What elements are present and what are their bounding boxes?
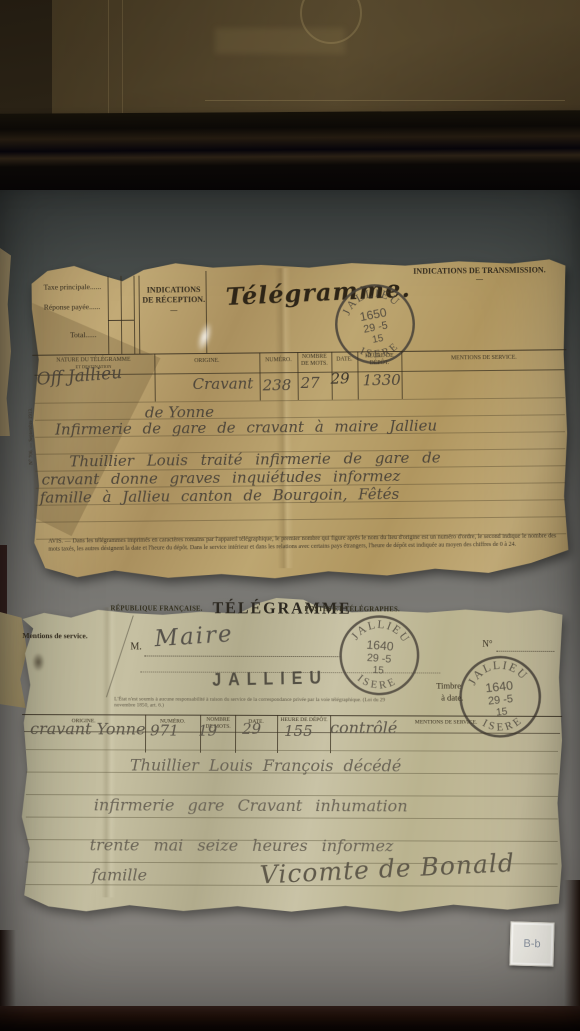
republique-francaise-label: RÉPUBLIQUE FRANÇAISE.	[110, 605, 202, 612]
message-line: Thuillier Louis François décédé	[130, 755, 401, 775]
timbre-label-line1: Timbre	[436, 681, 461, 691]
postmark-jallieu-stamp: JALLIEUISERE164029 -515	[333, 609, 425, 701]
timbre-label-line2: à date.	[441, 693, 463, 703]
svg-text:29 -5: 29 -5	[487, 693, 513, 707]
svg-text:1640: 1640	[366, 638, 394, 654]
row-origine-value: cravant Yonne	[30, 719, 146, 738]
picture-frame-bottom	[0, 1006, 580, 1031]
ghost-rule-line	[108, 0, 109, 118]
indications-reception-heading: INDICATIONS DE RÉCEPTION. —	[140, 285, 208, 316]
mentions-service-label: Mentions de service.	[22, 631, 87, 640]
form-edition-note: N° 706. — Septembre 1913.	[29, 408, 35, 465]
telegram-delivery-form: RÉPUBLIQUE FRANÇAISE. TÉLÉGRAMME POSTES …	[21, 597, 562, 913]
svg-text:29 -5: 29 -5	[366, 652, 391, 666]
legal-notice: L'État n'est soumis à aucune responsabil…	[114, 696, 388, 709]
row-date-value: 29	[330, 369, 349, 387]
table-column-border	[235, 715, 236, 753]
jallieu-linear-stamp: JALLIEU	[212, 668, 328, 691]
addressee-handwritten: Maire	[154, 621, 235, 652]
col-header-origine: ORIGINE.	[156, 357, 257, 365]
col-header-mots: NOMBRE DE MOTS.	[299, 354, 329, 367]
tax-principal-label: Taxe principale......	[44, 282, 102, 292]
row-heure-value: 155	[284, 722, 313, 740]
telegram-reception-form: Taxe principale...... Réponse payée.....…	[31, 259, 568, 581]
row-heure-value: 1330	[362, 371, 400, 389]
message-line: trente mai seize heures informez	[90, 835, 394, 855]
row-mots-value: 27	[301, 374, 320, 392]
message-line: infirmerie gare Cravant inhumation	[94, 795, 408, 815]
numero-label: N°	[482, 639, 492, 649]
heading-dash: —	[140, 305, 208, 316]
col-header-numero: NUMÉRO.	[261, 357, 295, 364]
inventory-label-text: B-b	[523, 938, 540, 950]
svg-text:15: 15	[372, 665, 384, 677]
paper-tear-hole	[32, 653, 44, 671]
ghost-rule-line	[122, 0, 123, 118]
museum-display-photo: Taxe principale...... Réponse payée.....…	[0, 0, 580, 1031]
ghost-table-line	[205, 100, 565, 101]
inventory-label-card: B-b	[509, 921, 554, 966]
table-column-border	[277, 715, 278, 753]
col-header-heure: HEURE DE DÉPÔT.	[359, 353, 399, 366]
postmark-jallieu-stamp: JALLIEUISERE164029 -515	[452, 649, 548, 745]
row-mentions-value: contrôlé	[330, 718, 397, 737]
col-header-date: DATE.	[333, 356, 355, 363]
row-numero-value: 971	[150, 722, 179, 740]
svg-text:15: 15	[371, 333, 384, 346]
row-origine-value: Cravant	[193, 374, 254, 393]
indications-reception-line2: DE RÉCEPTION.	[140, 295, 208, 306]
addressee-m-label: M.	[130, 641, 141, 652]
message-line: famille	[92, 865, 148, 884]
tax-total-label: Total......	[70, 330, 97, 339]
row-date-value: 29	[242, 720, 261, 738]
indications-transmission-heading: INDICATIONS DE TRANSMISSION. —	[397, 265, 561, 284]
message-line: famille à Jallieu canton de Bourgoin, Fê…	[40, 485, 400, 507]
row-numero-value: 238	[263, 376, 292, 394]
picture-frame-bar	[0, 110, 580, 200]
row-mots-value: 19	[198, 722, 217, 740]
tax-reponse-label: Réponse payée......	[44, 302, 101, 312]
numero-dotted-line	[496, 651, 554, 652]
